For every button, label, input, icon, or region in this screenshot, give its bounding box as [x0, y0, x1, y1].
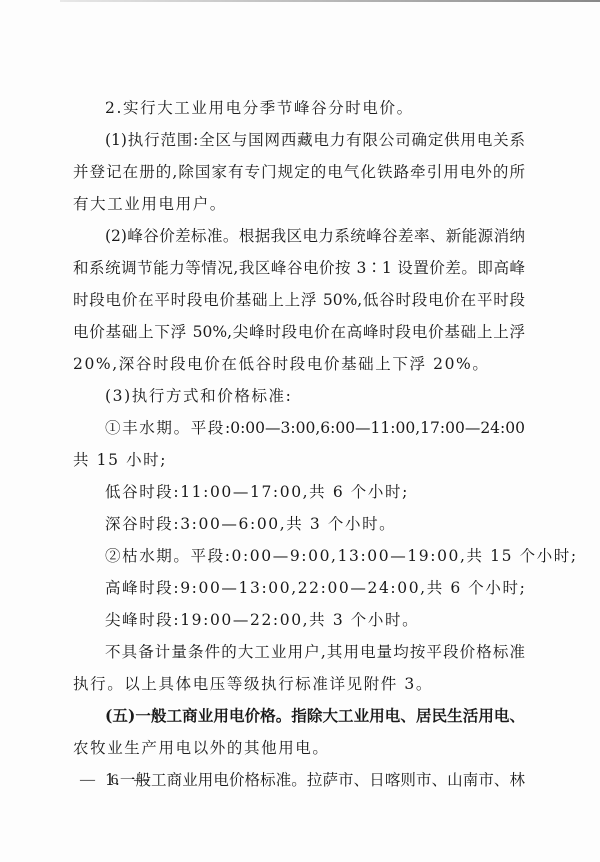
paragraph-line: 不具备计量条件的大工业用户,其用电量均按平段价格标准 [73, 640, 525, 664]
paragraph-line: 深谷时段:3:00—6:00,共 3 个小时。 [73, 512, 525, 536]
paragraph-line: (3)执行方式和价格标准: [73, 384, 525, 408]
paragraph-line: ①丰水期。平段:0:00—3:00,6:00—11:00,17:00—24:00 [73, 416, 525, 440]
paragraph-line: (1)执行范围:全区与国网西藏电力有限公司确定供用电关系 [73, 128, 525, 152]
paragraph-line: 高峰时段:9:00—13:00,22:00—24:00,共 6 个小时; [73, 576, 525, 600]
paragraph-line: 尖峰时段:19:00—22:00,共 3 个小时。 [73, 608, 525, 632]
section-heading: 2.实行大工业用电分季节峰谷分时电价。 [73, 96, 525, 120]
paragraph-line: (2)峰谷价差标准。根据我区电力系统峰谷差率、新能源消纳 [73, 224, 525, 248]
paragraph-line: 并登记在册的,除国家有专门规定的电气化铁路牵引用电外的所 [73, 160, 525, 184]
paragraph-line: 低谷时段:11:00—17:00,共 6 个小时; [73, 480, 525, 504]
paragraph-line: 和系统调节能力等情况,我区峰谷电价按 3∶1 设置价差。即高峰 [73, 256, 525, 280]
paragraph-line: 时段电价在平时段电价基础上上浮 50%,低谷时段电价在平时段 [73, 288, 525, 312]
paragraph-line: 共 15 小时; [73, 448, 525, 472]
paragraph-line: 农牧业生产用电以外的其他用电。 [73, 736, 525, 760]
paragraph-line: 有大工业用电用户。 [73, 192, 525, 216]
paragraph-line: ②枯水期。平段:0:00—9:00,13:00—19:00,共 15 个小时; [73, 544, 525, 568]
paragraph-line: 电价基础上下浮 50%,尖峰时段电价在高峰时段电价基础上上浮 [73, 320, 525, 344]
section-heading-bold: (五)一般工商业用电价格。指除大工业用电、居民生活用电、 [73, 704, 525, 728]
page-number: — 6 — [80, 772, 155, 789]
paragraph-line: 执行。以上具体电压等级执行标准详见附件 3。 [73, 672, 525, 696]
paragraph-line: 20%,深谷时段电价在低谷时段电价基础上下浮 20%。 [73, 352, 525, 376]
scan-edge-shadow [60, 0, 600, 2]
